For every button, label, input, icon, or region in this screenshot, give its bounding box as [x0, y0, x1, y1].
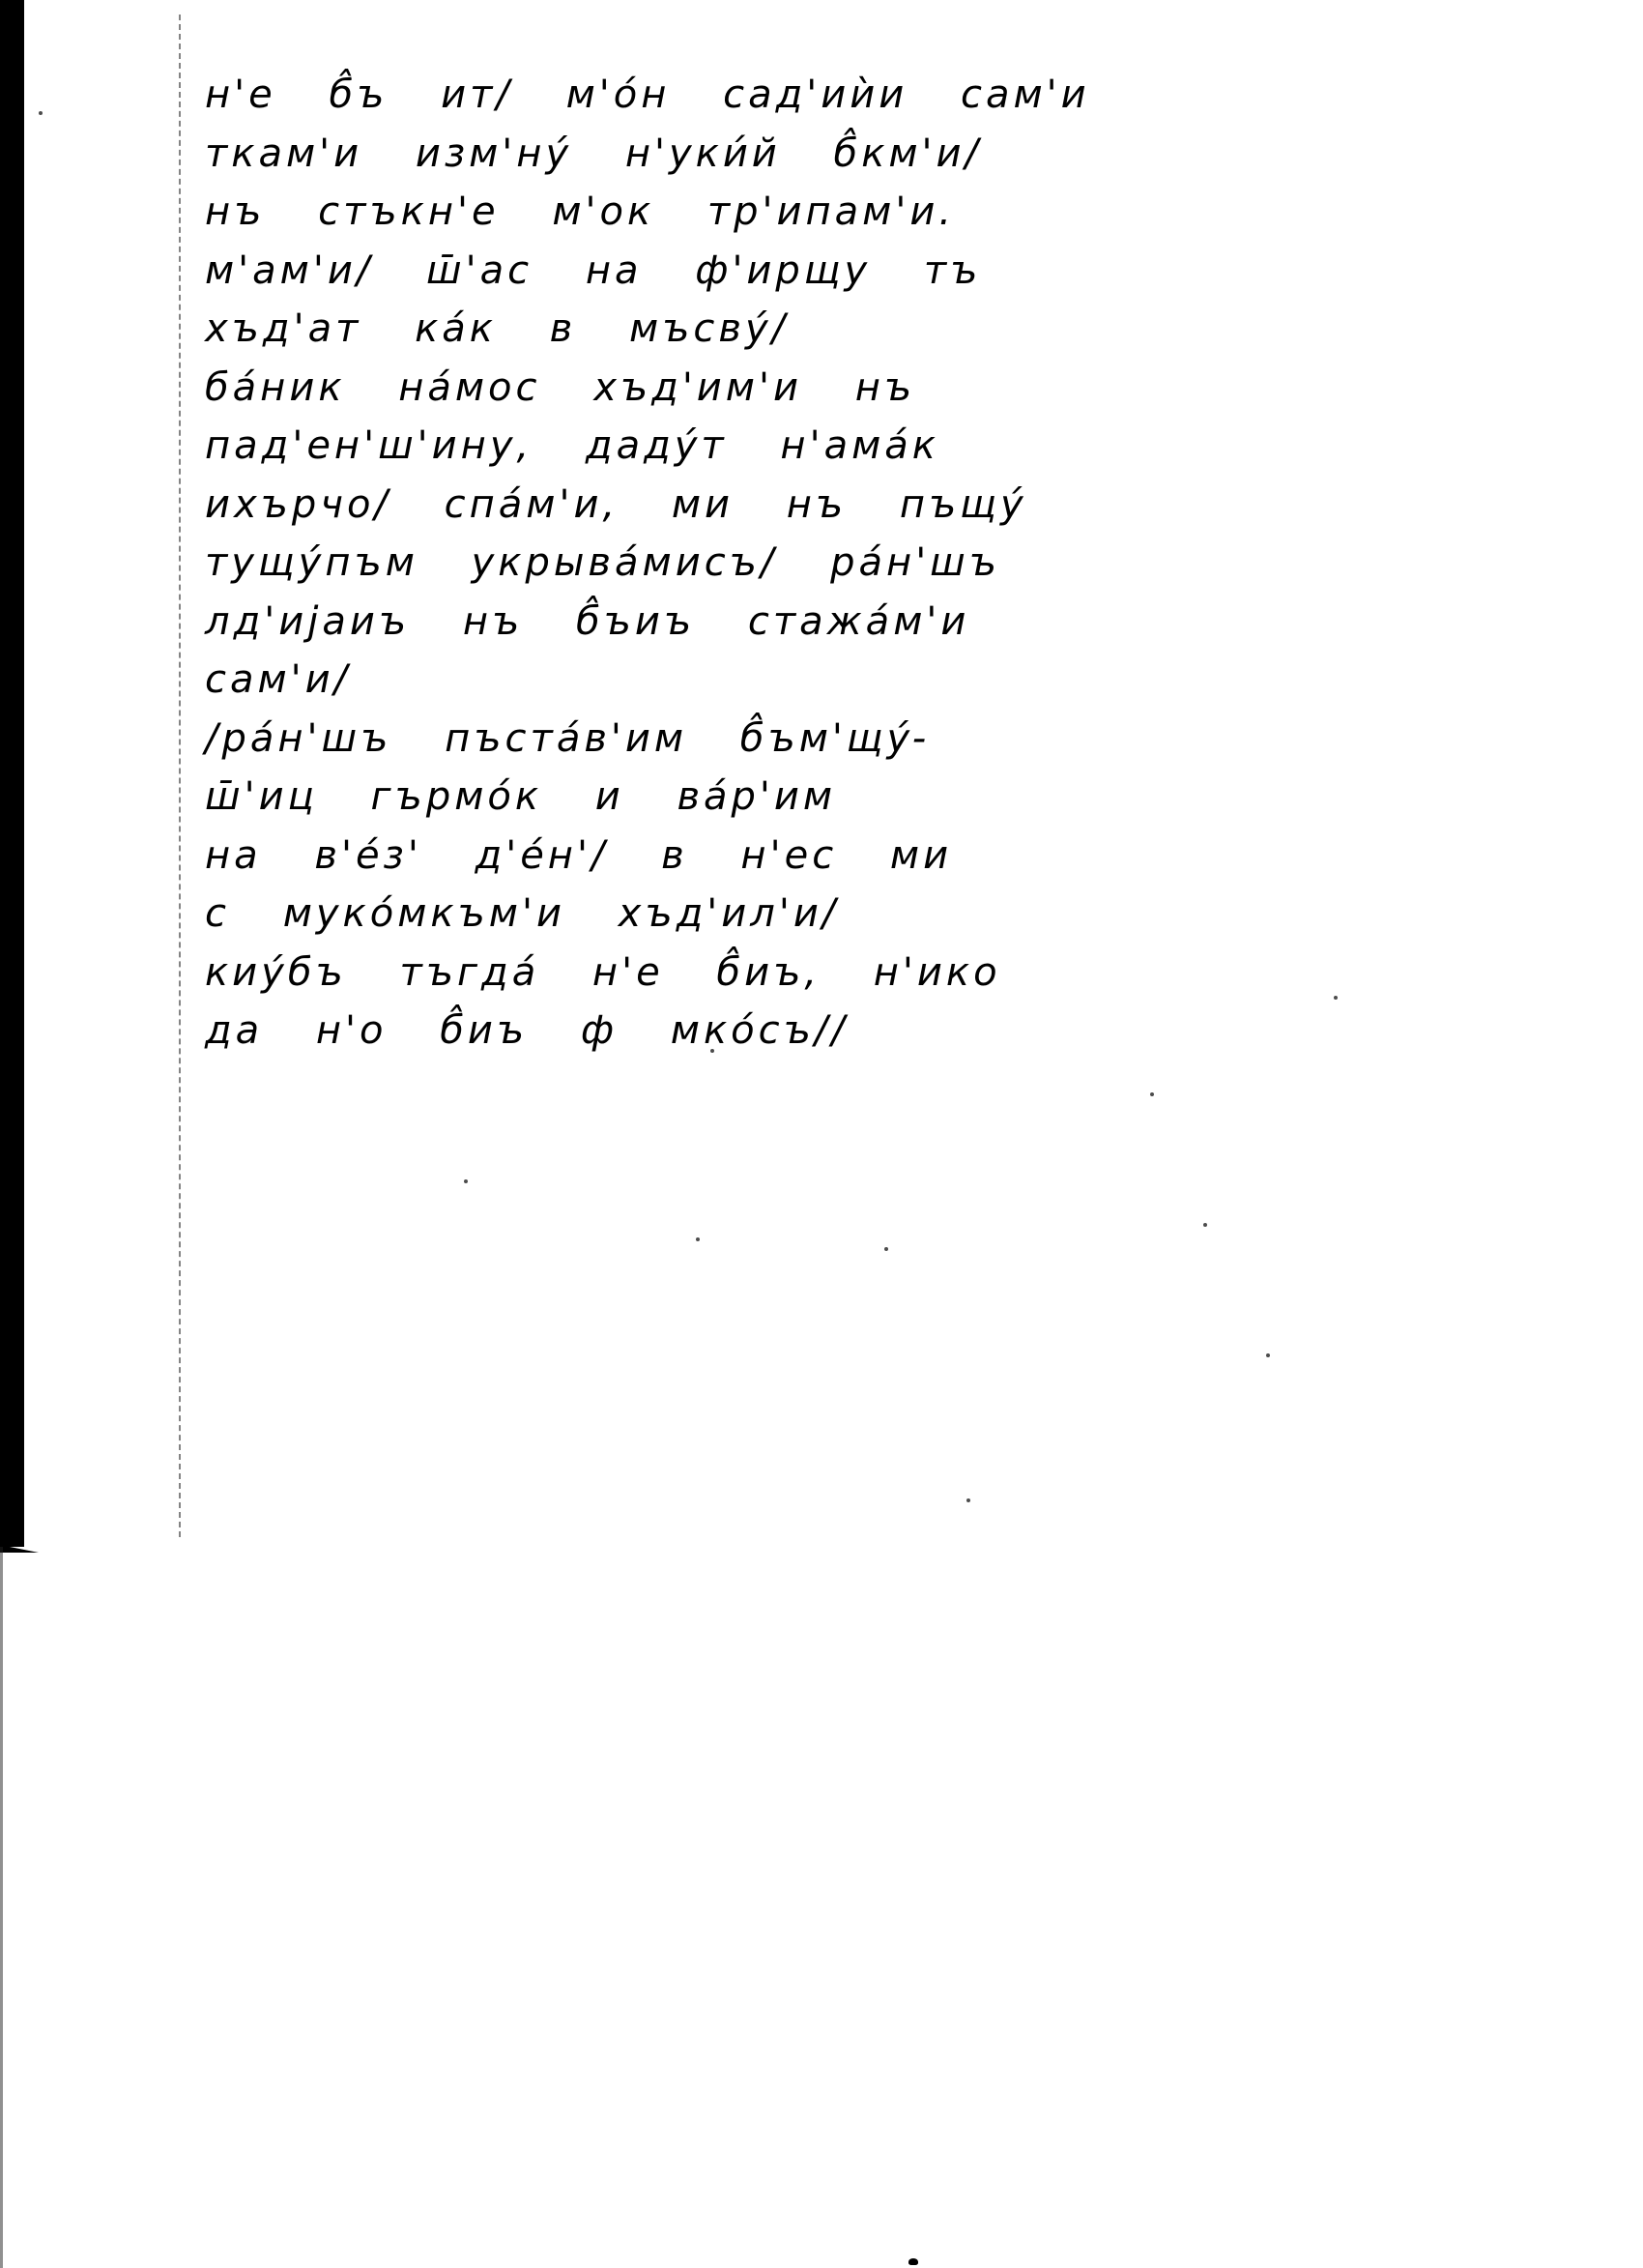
scan-speck — [1150, 1092, 1154, 1096]
scan-speck — [884, 1247, 888, 1251]
handwritten-text-block: н'е б̂ъ ит/ м'óн сад'иѝи сам'и ткам'и из… — [205, 66, 1316, 1061]
text-line-8: ихърчо/ спáм'и, ми нъ пъщý — [205, 476, 1316, 535]
text-line-17: да н'о б̂иъ ф мкóсъ// — [205, 1002, 1316, 1061]
text-line-2: ткам'и изм'нý н'уки́й б̂км'и/ — [205, 125, 1316, 184]
text-line-12: /рáн'шъ пъстáв'им б̂ъм'щý- — [205, 710, 1316, 769]
text-line-11: сам'и/ — [205, 651, 1316, 710]
text-line-10: лд'ијаиъ нъ б̂ъиъ стажáм'и — [205, 593, 1316, 652]
scan-speck — [908, 2258, 918, 2265]
text-line-1: н'е б̂ъ ит/ м'óн сад'иѝи сам'и — [205, 66, 1316, 125]
binding-edge-shadow — [0, 0, 24, 1547]
text-line-14: на в'éз' д'éн'/ в н'ес ми — [205, 827, 1316, 886]
text-line-15: с мукóмкъм'и хъд'ил'и/ — [205, 885, 1316, 944]
text-line-5: хъд'ат кáк в мъсвý/ — [205, 300, 1316, 359]
margin-rule-line — [179, 15, 181, 1537]
text-line-6: бáник нáмос хъд'им'и нъ — [205, 359, 1316, 418]
text-line-13: ш̄'иц гърмóк и вáр'им — [205, 768, 1316, 827]
text-line-7: пад'ен'ш'ину, дадýт н'амáк — [205, 417, 1316, 476]
scan-speck — [1266, 1353, 1270, 1357]
scan-speck — [710, 1049, 714, 1053]
text-line-4: м'ам'и/ ш̄'ас на ф'ирщу тъ — [205, 242, 1316, 301]
scan-speck — [696, 1237, 700, 1241]
text-line-3: нъ стъкн'е м'ок тр'ипам'и. — [205, 183, 1316, 242]
scanned-page: н'е б̂ъ ит/ м'óн сад'иѝи сам'и ткам'и из… — [0, 0, 1643, 2268]
scan-speck — [464, 1179, 468, 1183]
scan-speck — [1334, 996, 1338, 1000]
text-line-9: тущýпъм укрывáмисъ/ рáн'шъ — [205, 534, 1316, 593]
scan-speck — [1203, 1223, 1207, 1227]
text-line-16: киýбъ тъгдá н'е б̂иъ, н'ико — [205, 944, 1316, 1003]
scan-speck — [966, 1498, 970, 1502]
scan-speck — [39, 111, 43, 115]
binding-edge-lower — [0, 1547, 3, 2268]
